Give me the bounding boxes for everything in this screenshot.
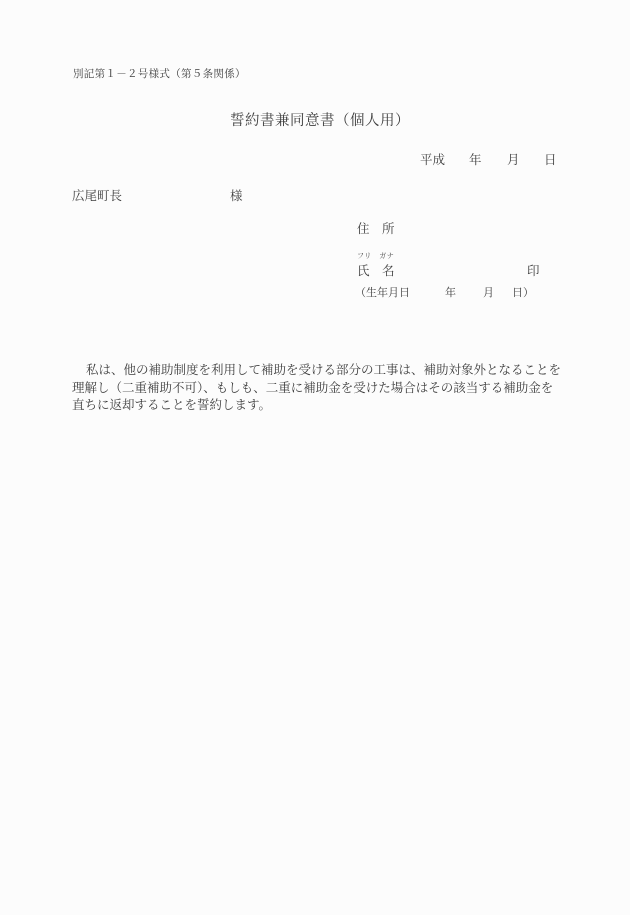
form-number: 別記第１－２号様式（第５条関係）	[73, 66, 246, 81]
birthdate-line: （生年月日 年 月 日）	[0, 284, 630, 298]
pledge-line-3: 直ちに返却することを誓約します。	[72, 397, 572, 415]
birthdate-day-label: 日）	[512, 284, 534, 300]
date-line: 平成 年 月 日	[0, 150, 630, 166]
seal-mark-label: 印	[527, 261, 540, 279]
date-day-label: 日	[544, 150, 557, 168]
addressee-honorific: 様	[230, 186, 243, 204]
name-line: 氏 名 印	[0, 261, 630, 277]
addressee-line: 広尾町長 様	[0, 186, 630, 202]
furigana-field-label: フリ ガナ	[357, 251, 394, 261]
address-field-label: 住 所	[357, 219, 395, 237]
addressee-name: 広尾町長	[72, 186, 122, 204]
date-month-label: 月	[507, 150, 520, 168]
name-field-label: 氏 名	[357, 261, 395, 279]
pledge-paragraph: 私は、他の補助制度を利用して補助を受ける部分の工事は、補助対象外となることを 理…	[72, 362, 572, 415]
birthdate-field-label: （生年月日	[355, 284, 410, 300]
birthdate-month-label: 月	[483, 284, 494, 300]
document-page: 別記第１－２号様式（第５条関係） 誓約書兼同意書（個人用） 平成 年 月 日 広…	[0, 0, 630, 915]
birthdate-year-label: 年	[445, 284, 456, 300]
pledge-line-1: 私は、他の補助制度を利用して補助を受ける部分の工事は、補助対象外となることを	[72, 362, 572, 380]
date-year-label: 年	[469, 150, 482, 168]
pledge-line-2: 理解し（二重補助不可）、もしも、二重に補助金を受けた場合はその該当する補助金を	[72, 380, 572, 398]
date-era-label: 平成	[420, 150, 445, 168]
document-title: 誓約書兼同意書（個人用）	[10, 109, 630, 130]
